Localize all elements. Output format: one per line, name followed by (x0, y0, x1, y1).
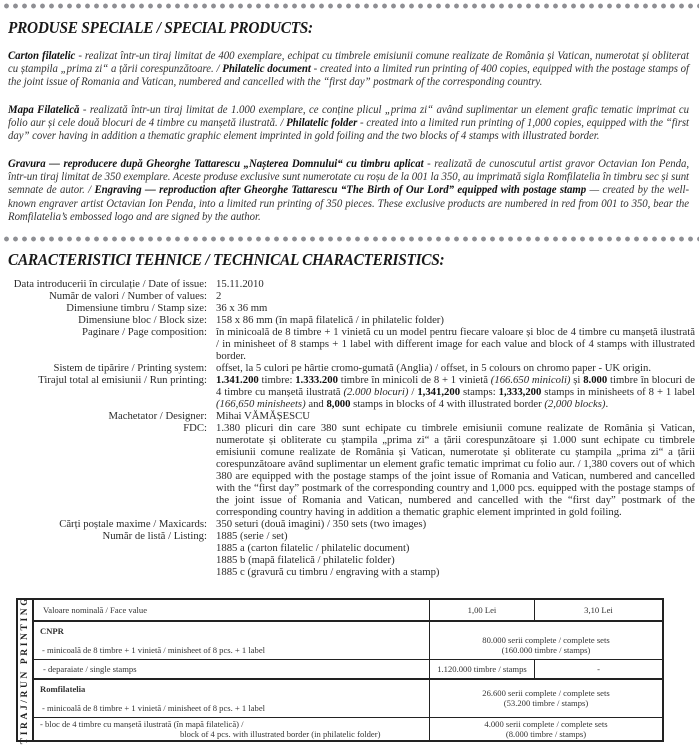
run-printing-side-label-cell: TIRAJ/RUN PRINTING (17, 599, 33, 741)
spec-value: în minicoală de 8 timbre + 1 vinietă cu … (216, 326, 695, 362)
romfilatelia-block-label: - bloc de 4 timbre cu manșetă ilustrată … (33, 717, 430, 741)
spec-value: 158 x 86 mm (în mapă filatelică / in phi… (216, 314, 695, 326)
cnpr-single-label: - deparaiate / single stamps (33, 659, 430, 679)
listing-item: 1885 (serie / set) (216, 530, 695, 542)
run-text: and (306, 398, 327, 410)
product-name-en: Engraving — reproduction after Gheorghe … (94, 182, 586, 196)
listing-item: 1885 c (gravură cu timbru / engraving wi… (216, 566, 695, 578)
spec-listing: Număr de listă / Listing: 1885 (serie / … (0, 530, 699, 578)
cnpr-minisheet-label: - minicoală de 8 timbre + 1 vinietă / mi… (40, 636, 423, 658)
run-text: stamps in minisheets of 8 + 1 label (541, 386, 695, 398)
spec-printing-system: Sistem de tipărire / Printing system: of… (0, 362, 699, 374)
spec-run-printing: Tirajul total al emisiunii / Run printin… (0, 374, 699, 410)
technical-characteristics-title: CARACTERISTICI TEHNICE / TECHNICAL CHARA… (8, 250, 444, 270)
table-row-cnpr-minisheet: CNPR - minicoală de 8 timbre + 1 vinietă… (17, 621, 663, 659)
spec-fdc: FDC: 1.380 plicuri din care 380 sunt ech… (0, 422, 699, 518)
product-name-en: Philatelic document (222, 61, 311, 75)
spec-value: 1885 (serie / set) 1885 a (carton filate… (216, 530, 695, 578)
run-block-count-en: (2,000 blocks) (544, 398, 605, 410)
table-row-cnpr-single: - deparaiate / single stamps 1.120.000 t… (17, 659, 663, 679)
spec-value: offset, la 5 culori pe hârtie cromo-guma… (216, 362, 695, 374)
spec-date-of-issue: Data introducerii în circulație / Date o… (0, 278, 699, 290)
romfilatelia-block-sets: 4.000 serii complete / complete sets (436, 719, 656, 729)
cnpr-minisheet-value: 80.000 serii complete / complete sets (1… (430, 621, 664, 659)
special-products-title: PRODUSE SPECIALE / SPECIAL PRODUCTS: (8, 18, 313, 38)
romfilatelia-block-label-en: block of 4 pcs. with illustrated border … (40, 729, 423, 739)
product-philatelic-document: Carton filatelic - realizat într-un tira… (8, 49, 689, 89)
face-value-label: Valoare nominală / Face value (33, 599, 430, 621)
spec-stamp-size: Dimensiune timbru / Stamp size: 36 x 36 … (0, 302, 699, 314)
spec-value: 350 seturi (două imagini) / 350 sets (tw… (216, 518, 695, 530)
spec-label: Tirajul total al emisiunii / Run printin… (0, 374, 216, 410)
spec-value: 15.11.2010 (216, 278, 695, 290)
spec-label: Machetator / Designer: (0, 410, 216, 422)
run-text: stamps in blocks of 4 with illustrated b… (350, 398, 544, 410)
spec-label: Număr de listă / Listing: (0, 530, 216, 578)
face-value-1: 1,00 Lei (430, 599, 535, 621)
spec-label: Sistem de tipărire / Printing system: (0, 362, 216, 374)
table-row-face-value: TIRAJ/RUN PRINTING Valoare nominală / Fa… (17, 599, 663, 621)
spec-value: Mihai VĂMĂȘESCU (216, 410, 695, 422)
run-text: / (408, 386, 417, 398)
run-total-ro: 1.341.200 (216, 374, 259, 386)
spec-block-size: Dimensiune bloc / Block size: 158 x 86 m… (0, 314, 699, 326)
romfilatelia-block-value: 4.000 serii complete / complete sets (8.… (430, 717, 664, 741)
cnpr-cell: CNPR - minicoală de 8 timbre + 1 vinietă… (33, 621, 430, 659)
dotted-separator-middle (2, 236, 699, 242)
run-minisheet-count-ro: (166.650 minicoli) (491, 374, 571, 386)
romfilatelia-block-stamps: (8.000 timbre / stamps) (436, 729, 656, 739)
spec-maxicards: Cărți poștale maxime / Maxicards: 350 se… (0, 518, 699, 530)
spec-value: 2 (216, 290, 695, 302)
cnpr-minisheet-stamps: (160.000 timbre / stamps) (436, 645, 656, 655)
product-philatelic-folder: Mapa Filatelică - realizată într-un tira… (8, 103, 689, 143)
romfilatelia-minisheet-stamps: (53.200 timbre / stamps) (436, 698, 656, 708)
spec-label: Număr de valori / Number of values: (0, 290, 216, 302)
spec-label: Data introducerii în circulație / Date o… (0, 278, 216, 290)
spec-label: Dimensiune bloc / Block size: (0, 314, 216, 326)
romfilatelia-block-label-ro: - bloc de 4 timbre cu manșetă ilustrată … (40, 719, 423, 729)
spec-label: Dimensiune timbru / Stamp size: (0, 302, 216, 314)
table-row-romfilatelia-block: - bloc de 4 timbre cu manșetă ilustrată … (17, 717, 663, 741)
product-name-ro: Carton filatelic (8, 48, 75, 62)
romfilatelia-minisheet-value: 26.600 serii complete / complete sets (5… (430, 679, 664, 717)
run-printing-side-label: TIRAJ/RUN PRINTING (20, 596, 30, 744)
run-text: . (605, 398, 608, 410)
run-total-en: 1,341,200 (417, 386, 460, 398)
spec-value: 1.341.200 timbre: 1.333.200 timbre în mi… (216, 374, 695, 410)
dotted-separator-top (2, 3, 699, 9)
listing-item: 1885 a (carton filatelic / philatelic do… (216, 542, 695, 554)
table-row-romfilatelia-minisheet: Romfilatelia - minicoală de 8 timbre + 1… (17, 679, 663, 717)
spec-value: 36 x 36 mm (216, 302, 695, 314)
romfilatelia-cell: Romfilatelia - minicoală de 8 timbre + 1… (33, 679, 430, 717)
run-minisheets-ro: 1.333.200 (295, 374, 338, 386)
spec-page-composition: Paginare / Page composition: în minicoal… (0, 326, 699, 362)
spec-designer: Machetator / Designer: Mihai VĂMĂȘESCU (0, 410, 699, 422)
run-text: stamps: (460, 386, 499, 398)
product-name-ro: Mapa Filatelică (8, 102, 79, 116)
cnpr-single-value-1: 1.120.000 timbre / stamps (430, 659, 535, 679)
cnpr-single-value-2: - (535, 659, 664, 679)
spec-value: 1.380 plicuri din care 380 sunt echipate… (216, 422, 695, 518)
run-block-count-ro: (2.000 blocuri) (343, 386, 408, 398)
run-blocks-en: 8,000 (326, 398, 350, 410)
romfilatelia-title: Romfilatelia (40, 681, 423, 694)
run-minisheet-count-en: (166,650 minisheets) (216, 398, 306, 410)
run-text: și (570, 374, 583, 386)
romfilatelia-minisheet-sets: 26.600 serii complete / complete sets (436, 688, 656, 698)
run-minisheets-en: 1,333,200 (499, 386, 542, 398)
product-name-ro: Gravura — reproducere după Gheorghe Tatt… (8, 156, 424, 170)
run-text: timbre: (259, 374, 295, 386)
spec-label: Paginare / Page composition: (0, 326, 216, 362)
product-engraving: Gravura — reproducere după Gheorghe Tatt… (8, 157, 689, 223)
run-text: timbre în minicoli de 8 + 1 vinietă (338, 374, 491, 386)
cnpr-title: CNPR (40, 623, 423, 636)
run-printing-table: TIRAJ/RUN PRINTING Valoare nominală / Fa… (16, 598, 664, 742)
face-value-2: 3,10 Lei (535, 599, 664, 621)
spec-label: FDC: (0, 422, 216, 518)
run-blocks-ro: 8.000 (583, 374, 607, 386)
spec-number-of-values: Număr de valori / Number of values: 2 (0, 290, 699, 302)
product-name-en: Philatelic folder (286, 115, 357, 129)
spec-label: Cărți poștale maxime / Maxicards: (0, 518, 216, 530)
technical-specs: Data introducerii în circulație / Date o… (0, 278, 699, 578)
listing-item: 1885 b (mapă filatelică / philatelic fol… (216, 554, 695, 566)
cnpr-minisheet-sets: 80.000 serii complete / complete sets (436, 635, 656, 645)
romfilatelia-minisheet-label: - minicoală de 8 timbre + 1 vinietă / mi… (40, 694, 423, 716)
